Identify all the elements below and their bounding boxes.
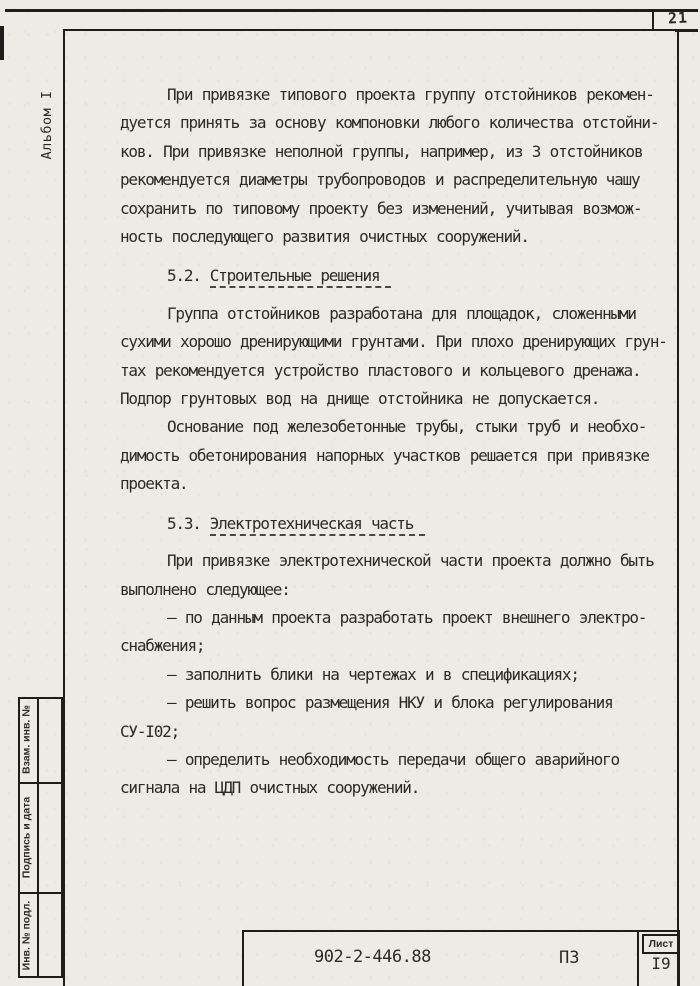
list-item-line: – решить вопрос размещения НКУ и блока р… [120,689,660,717]
sheet-label: Лист [642,934,680,954]
section-heading-5-2: 5.2.Строительные решения [120,262,660,290]
stamp-column-divider [37,697,39,978]
text-line: При привязке электротехнической части пр… [120,547,660,575]
stamp-label-vzam-inv: Взам. инв. № [20,700,35,780]
section-title: Электротехническая часть [210,514,425,536]
text-line: димость обетонирования напорных участков… [120,442,660,470]
text-line: тах рекомендуется устройство пластового … [120,357,660,385]
section-number: 5.2. [167,266,201,285]
text-line: Группа отстойников разработана для площа… [120,300,660,328]
stamp-label-podpis-data: Подпись и дата [20,785,35,891]
corner-box-divider [652,9,654,30]
section-title: Строительные решения [210,266,392,288]
list-item-line: – определить необходимость передачи обще… [120,746,660,774]
document-body: При привязке типового проекта группу отс… [63,29,680,803]
text-line: ность последующего развития очистных соо… [120,223,660,251]
text-line: дуется принять за основу компоновки любо… [120,109,660,137]
list-item-line: – заполнить блики на чертежах и в специф… [120,661,660,689]
text-line: При привязке типового проекта группу отс… [120,81,660,109]
text-line: Подпор грунтовых вод на днище отстойника… [120,385,660,413]
text-line: рекомендуется диаметры трубопроводов и р… [120,166,660,194]
list-item-line: сигнала на ЦДП очистных сооружений. [120,774,660,802]
section-number: 5.3. [167,514,201,533]
document-code: ПЗ [559,948,579,968]
title-block-divider [637,932,639,986]
list-item-line: СУ-I02; [120,718,660,746]
text-line: выполнено следующее: [120,576,660,604]
title-block: 902-2-446.88 ПЗ Лист I9 [242,930,680,986]
paper-edge-mark [0,26,4,60]
text-line: ков. При привязке неполной группы, напри… [120,138,660,166]
text-line: сохранить по типовому проекту без измене… [120,195,660,223]
list-item-line: – по данным проекта разработать проект в… [120,604,660,632]
text-line: Основание под железобетонные трубы, стык… [120,413,660,441]
document-number: 902-2-446.88 [314,947,431,967]
section-heading-5-3: 5.3.Электротехническая часть [120,510,660,538]
scan-page-number: 21 [660,8,697,30]
text-line: сухими хорошо дренирующими грунтами. При… [120,328,660,356]
stamp-label-inv-podl: Инв. № подл. [20,895,35,977]
top-rule [5,9,698,12]
list-item-line: снабжения; [120,632,660,660]
sheet-number: I9 [642,954,680,973]
album-label: Альбом I [39,80,59,170]
scanned-document-page: 21 Альбом I Взам. инв. № Подпись и дата … [0,0,700,986]
text-line: проекта. [120,470,660,498]
